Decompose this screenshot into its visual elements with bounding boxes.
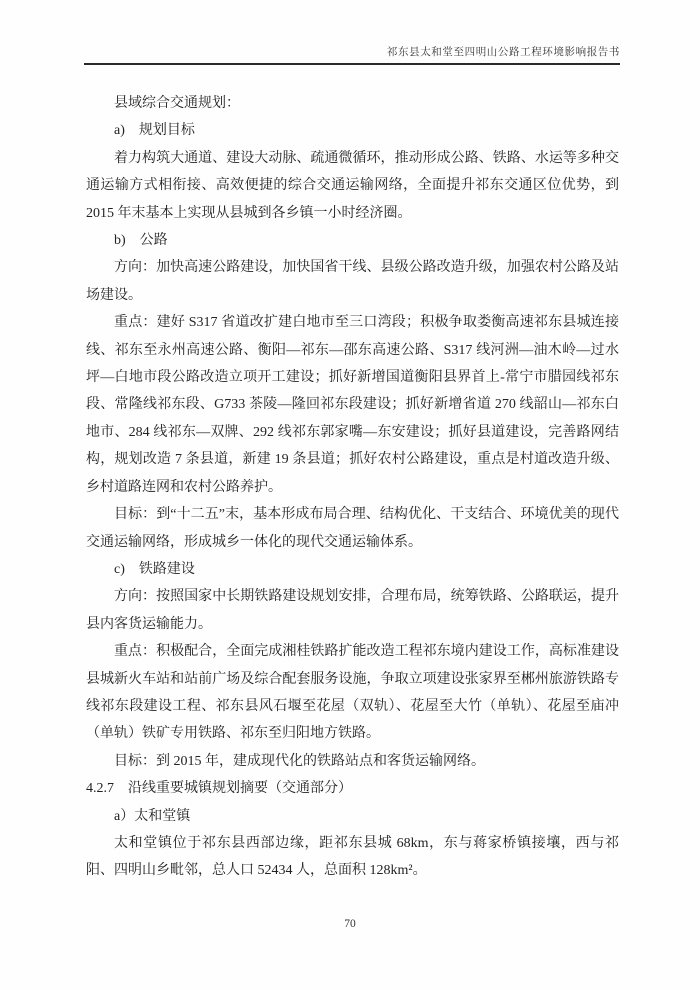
document-page: 祁东县太和堂至四明山公路工程环境影响报告书 县域综合交通规划： a) 规划目标 … (0, 0, 700, 990)
list-label-a-goals: a) 规划目标 (86, 117, 619, 144)
paragraph-lead-in: 县域综合交通规划： (86, 90, 619, 117)
page-header: 祁东县太和堂至四明山公路工程环境影响报告书 (84, 0, 620, 65)
paragraph-highway-focus: 重点：建好 S317 省道改扩建白地市至三口湾段；积极争取娄衡高速祁东县城连接线… (86, 309, 619, 501)
paragraph-goals: 着力构筑大通道、建设大动脉、疏通微循环，推动形成公路、铁路、水运等多种交通运输方… (86, 145, 619, 227)
list-label-b-highway: b) 公路 (86, 227, 619, 254)
paragraph-taihetang: 太和堂镇位于祁东县西部边缘，距祁东县城 68km，东与蒋家桥镇接壤，西与祁阳、四… (86, 830, 619, 885)
paragraph-highway-direction: 方向：加快高速公路建设，加快国省干线、县级公路改造升级，加强农村公路及站场建设。 (86, 254, 619, 309)
report-title: 祁东县太和堂至四明山公路工程环境影响报告书 (387, 44, 620, 59)
page-number: 70 (344, 918, 356, 930)
list-label-a-taihetang: a）太和堂镇 (86, 803, 619, 830)
page-footer: 70 (0, 918, 700, 930)
paragraph-railway-target: 目标：到 2015 年，建成现代化的铁路站点和客货运输网络。 (86, 748, 619, 775)
paragraph-highway-target: 目标：到“十二五”末，基本形成布局合理、结构优化、干支结合、环境优美的现代交通运… (86, 501, 619, 556)
document-body: 县域综合交通规划： a) 规划目标 着力构筑大通道、建设大动脉、疏通微循环，推动… (86, 90, 619, 885)
paragraph-railway-focus: 重点：积极配合，全面完成湘桂铁路扩能改造工程祁东境内建设工作，高标准建设县城新火… (86, 638, 619, 748)
paragraph-railway-direction: 方向：按照国家中长期铁路建设规划安排，合理布局，统筹铁路、公路联运，提升县内客货… (86, 583, 619, 638)
section-heading-4-2-7: 4.2.7 沿线重要城镇规划摘要（交通部分） (86, 775, 619, 802)
list-label-c-railway: c) 铁路建设 (86, 556, 619, 583)
